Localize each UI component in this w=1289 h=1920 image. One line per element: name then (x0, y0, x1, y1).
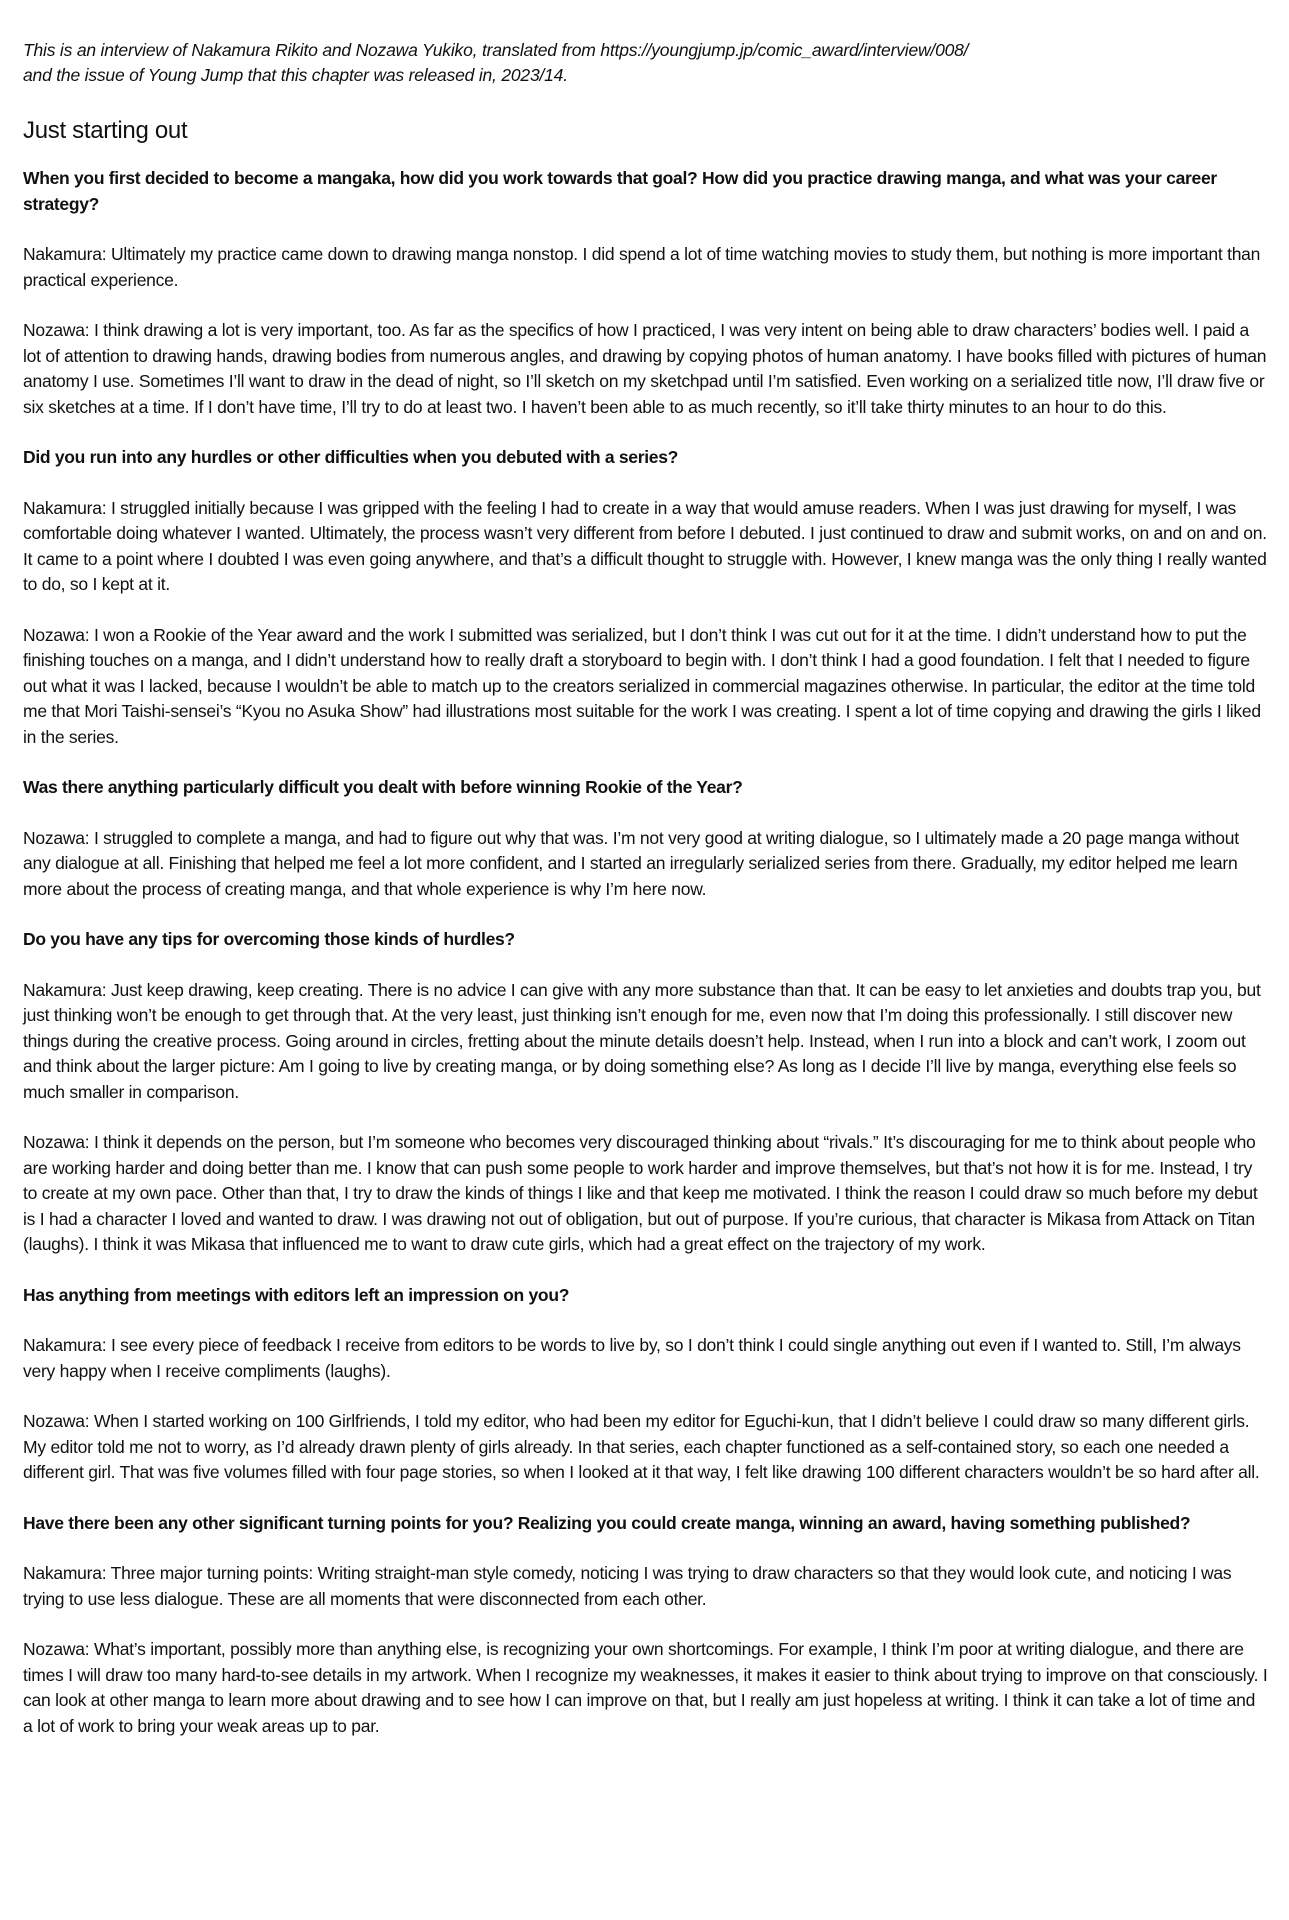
answer: Nozawa: I think it depends on the person… (23, 1130, 1268, 1258)
intro-note: This is an interview of Nakamura Rikito … (23, 38, 1268, 88)
answer: Nozawa: I won a Rookie of the Year award… (23, 623, 1268, 751)
answer: Nakamura: Ultimately my practice came do… (23, 242, 1268, 293)
interview-document: This is an interview of Nakamura Rikito … (23, 38, 1268, 1764)
answer: Nozawa: I struggled to complete a manga,… (23, 826, 1268, 903)
question: When you first decided to become a manga… (23, 166, 1268, 217)
section-heading: Just starting out (23, 116, 1268, 146)
answer: Nozawa: What’s important, possibly more … (23, 1637, 1268, 1739)
question: Do you have any tips for overcoming thos… (23, 927, 1268, 953)
answer: Nakamura: Three major turning points: Wr… (23, 1561, 1268, 1612)
answer: Nozawa: I think drawing a lot is very im… (23, 318, 1268, 420)
question: Was there anything particularly difficul… (23, 775, 1268, 801)
intro-line-1: This is an interview of Nakamura Rikito … (23, 38, 1268, 63)
question: Have there been any other significant tu… (23, 1511, 1268, 1537)
question: Has anything from meetings with editors … (23, 1283, 1268, 1309)
question: Did you run into any hurdles or other di… (23, 445, 1268, 471)
answer: Nakamura: I struggled initially because … (23, 496, 1268, 598)
answer: Nozawa: When I started working on 100 Gi… (23, 1409, 1268, 1486)
answer: Nakamura: Just keep drawing, keep creati… (23, 978, 1268, 1106)
intro-line-2: and the issue of Young Jump that this ch… (23, 63, 1268, 88)
answer: Nakamura: I see every piece of feedback … (23, 1333, 1268, 1384)
